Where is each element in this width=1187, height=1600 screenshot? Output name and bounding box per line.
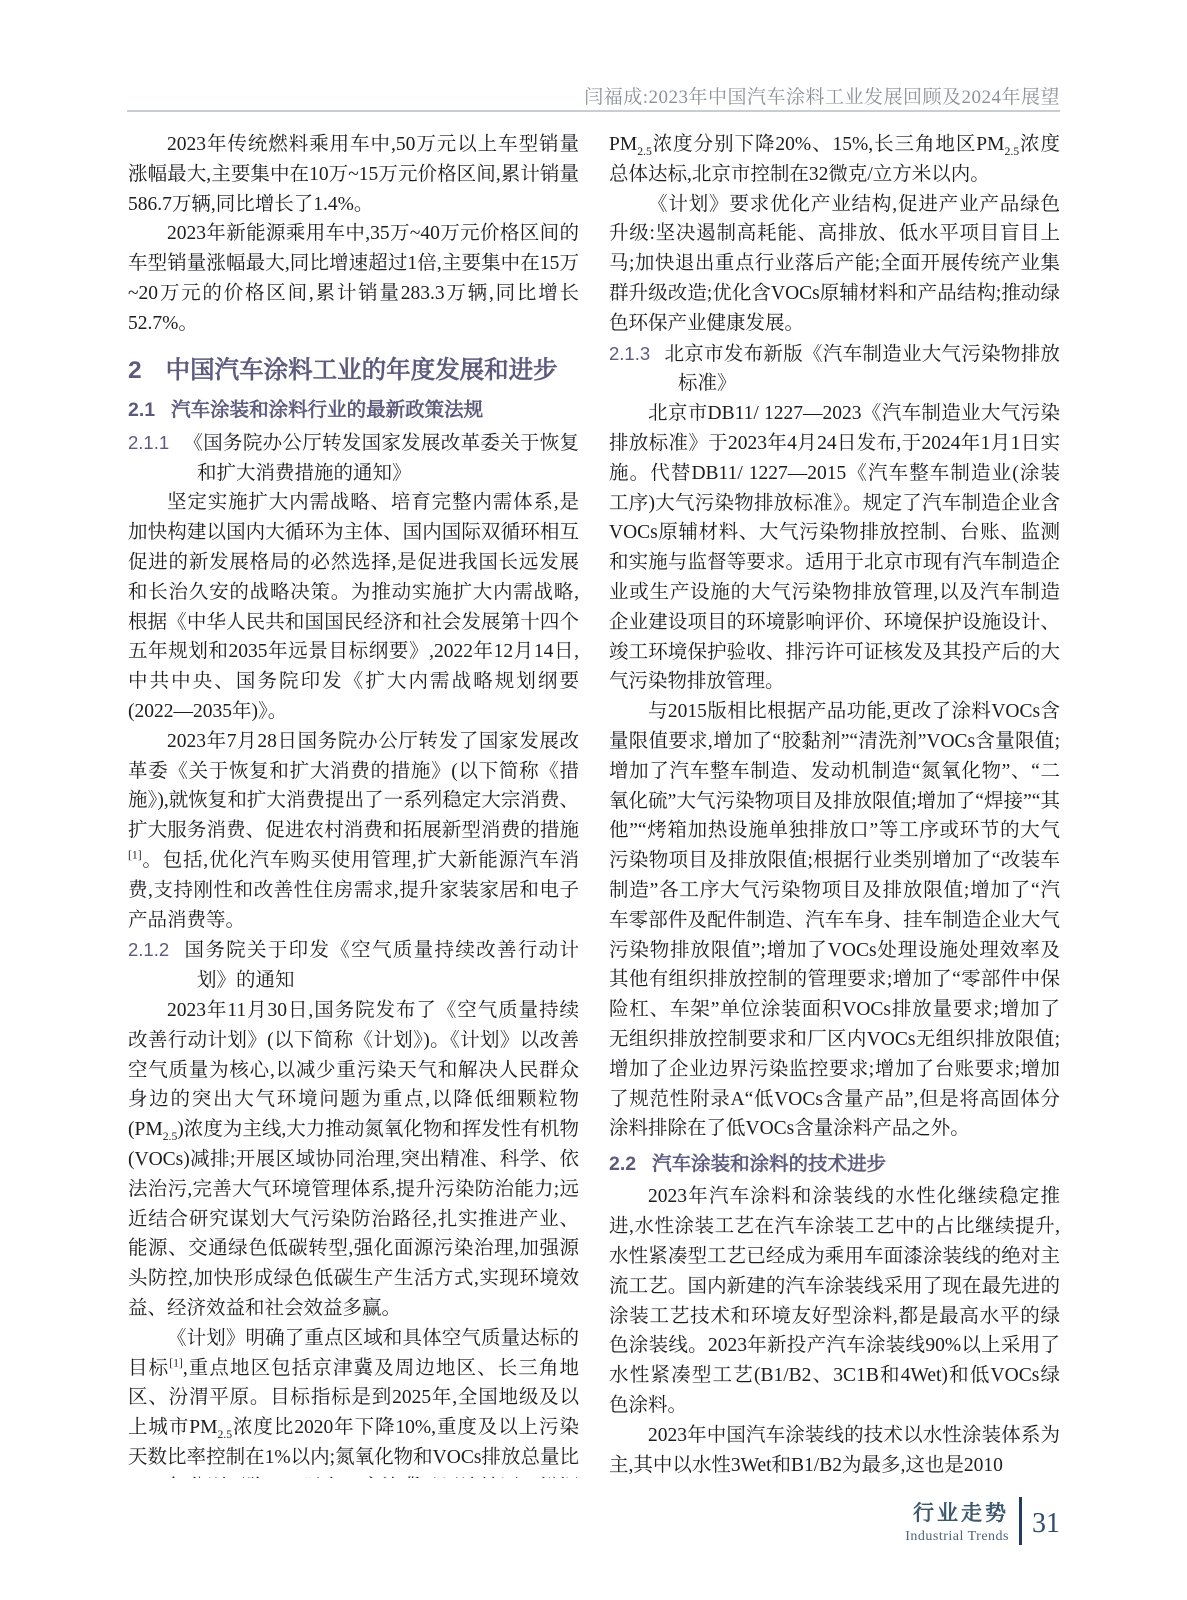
subscript-text: 2.5 (1005, 145, 1020, 158)
paragraph: 2023年11月30日,国务院发布了《空气质量持续改善行动计划》(以下简称《计划… (128, 996, 579, 1324)
subscript-text: 2.5 (163, 1130, 178, 1143)
section-heading-2.1.2: 2.1.2国务院关于印发《空气质量持续改善行动计划》的通知 (128, 935, 579, 996)
section-number: 2.1.1 (128, 432, 169, 453)
subscript-text: 2.5 (637, 145, 652, 158)
paragraph: 2023年汽车涂料和涂装线的水性化继续稳定推进,水性涂装工艺在汽车涂装工艺中的占… (609, 1182, 1060, 1420)
subscript-text: 2.5 (217, 1428, 232, 1441)
page-number: 31 (1022, 1502, 1060, 1540)
section-number: 2.2 (609, 1153, 636, 1175)
section-number: 2.1.3 (609, 343, 650, 364)
section-heading-2.1.1: 2.1.1《国务院办公厅转发国家发展改革委关于恢复和扩大消费措施的通知》 (128, 428, 579, 489)
paragraph: PM2.5浓度分别下降20%、15%,长三角地区PM2.5浓度总体达标,北京市控… (609, 130, 1060, 190)
section-heading-2.1.3: 2.1.3北京市发布新版《汽车制造业大气污染物排放标准》 (609, 339, 1060, 400)
page-footer: 行业走势 Industrial Trends 31 (905, 1497, 1060, 1545)
paragraph: 《计划》明确了重点区域和具体空气质量达标的目标[1],重点地区包括京津冀及周边地… (128, 1324, 579, 1478)
paragraph: 2023年传统燃料乘用车中,50万元以上车型销量涨幅最大,主要集中在10万~15… (128, 130, 579, 219)
paragraph: 2023年7月28日国务院办公厅转发了国家发展改革委《关于恢复和扩大消费的措施》… (128, 727, 579, 936)
paragraph: 与2015版相比根据产品功能,更改了涂料VOCs含量限值要求,增加了“胶黏剂”“… (609, 697, 1060, 1144)
section-number: 2 (128, 357, 142, 384)
page-header-title: 闫福成:2023年中国汽车涂料工业发展回顾及2024年展望 (127, 82, 1060, 109)
section-number: 2.1.2 (128, 939, 169, 960)
paragraph: 北京市DB11/ 1227—2023《汽车制造业大气污染排放标准》于2023年4… (609, 399, 1060, 697)
paragraph: 《计划》要求优化产业结构,促进产业产品绿色升级:坚决遏制高耗能、高排放、低水平项… (609, 190, 1060, 339)
paragraph: 2023年新能源乘用车中,35万~40万元价格区间的车型销量涨幅最大,同比增速超… (128, 219, 579, 338)
footer-section-label: 行业走势 (913, 1497, 1009, 1527)
section-number: 2.1 (128, 399, 155, 421)
paragraph: 2023年中国汽车涂装线的技术以水性涂装体系为主,其中以水性3Wet和B1/B2… (609, 1421, 1060, 1478)
footnote-reference: [1] (128, 849, 142, 862)
footnote-reference: [1] (169, 1356, 183, 1369)
section-heading-2: 2中国汽车涂料工业的年度发展和进步 (128, 354, 579, 387)
page-body: 2023年传统燃料乘用车中,50万元以上车型销量涨幅最大,主要集中在10万~15… (128, 130, 1060, 1478)
paragraph: 坚定实施扩大内需战略、培育完整内需体系,是加快构建以国内大循环为主体、国内国际双… (128, 488, 579, 726)
header-rule (127, 110, 1060, 112)
footer-section-label-en: Industrial Trends (905, 1529, 1009, 1545)
right-column: PM2.5浓度分别下降20%、15%,长三角地区PM2.5浓度总体达标,北京市控… (609, 130, 1060, 1478)
section-heading-2.1: 2.1汽车涂装和涂料行业的最新政策法规 (128, 396, 579, 425)
left-column: 2023年传统燃料乘用车中,50万元以上车型销量涨幅最大,主要集中在10万~15… (128, 130, 579, 1478)
section-heading-2.2: 2.2汽车涂装和涂料的技术进步 (609, 1150, 1060, 1179)
footer-labels: 行业走势 Industrial Trends (905, 1497, 1019, 1545)
